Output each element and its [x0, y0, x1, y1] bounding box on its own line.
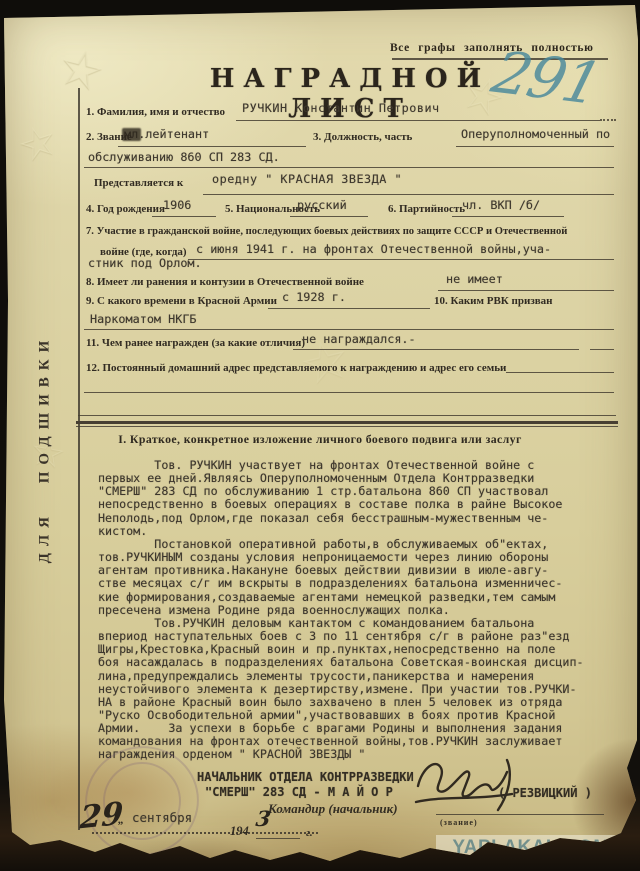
- field-4-value: 1906: [163, 198, 191, 212]
- scanned-award-document: { "colors": { "paper":"#d8ce9c", "ink":"…: [0, 0, 640, 871]
- section-heading: I. Краткое, конкретное изложение личного…: [80, 432, 560, 447]
- star-watermark-icon: ☆: [51, 35, 111, 104]
- field-9-value: с 1928 г.: [282, 290, 346, 304]
- field-1-label: 1. Фамилия, имя и отчество: [86, 106, 225, 118]
- field-10-underline: [84, 329, 614, 330]
- commander-signature-line: [436, 814, 604, 815]
- date-quote-mark: „: [118, 812, 124, 827]
- field-3-value-continuation: обслуживанию 860 СП 283 СД.: [88, 150, 280, 164]
- field-1-underline-dotted: [600, 113, 616, 121]
- field-1-value: РУЧКИН Константин Петрович: [242, 101, 440, 115]
- field-10-value: Наркоматом НКГБ: [90, 312, 197, 326]
- star-watermark-icon: ☆: [11, 113, 64, 174]
- date-dotted-line: [92, 826, 318, 834]
- field-8-underline: [438, 290, 614, 291]
- citation-body-text: Тов. РУЧКИН участвует на фронтах Отечест…: [98, 459, 584, 762]
- year-suffix: г.: [306, 827, 313, 839]
- field-7-underline: [188, 259, 614, 260]
- field-7-value-continuation: стник под Орлом.: [88, 256, 202, 270]
- field-3-underline: [456, 146, 614, 147]
- row-separator-line: [84, 167, 614, 168]
- photo-watermark-text: YAPLAKAL.COM: [452, 837, 609, 859]
- field-1-underline: [236, 120, 600, 121]
- rank-caption: (звание): [440, 818, 478, 827]
- typed-month: сентября: [132, 810, 192, 825]
- signatory-title-line1: НАЧАЛЬНИК ОТДЕЛА КОНТРРАЗВЕДКИ: [197, 770, 414, 784]
- field-5-underline: [290, 216, 368, 217]
- field-3-value: Оперуполномоченный по: [461, 127, 610, 141]
- field-11-label: 11. Чем ранее награжден (за какие отличи…: [86, 337, 305, 349]
- field-4-label: 4. Год рождения: [86, 203, 165, 215]
- year-underline: [256, 838, 300, 839]
- field-11-underline: [293, 349, 579, 350]
- field-6-label: 6. Партийность: [388, 203, 465, 215]
- presented-to-label: Представляется к: [94, 177, 183, 189]
- field-11-underline-tail: [590, 349, 614, 350]
- divider-thick-line: [76, 421, 618, 424]
- commander-label: Командир (начальник): [268, 801, 398, 817]
- divider-thin-line-2: [76, 426, 618, 427]
- presented-to-underline: [203, 194, 614, 195]
- field-5-value: русский: [297, 198, 347, 212]
- handwritten-page-number: 291: [486, 38, 608, 117]
- photo-watermark: YAPLAKAL.COM: [436, 835, 626, 860]
- field-4-underline: [152, 216, 216, 217]
- field-12-underline-short: [506, 372, 614, 373]
- presented-to-value: оредну " КРАСНАЯ ЗВЕЗДА ": [212, 172, 402, 186]
- field-8-label: 8. Имеет ли ранения и контузии в Отечест…: [86, 276, 364, 288]
- field-10-label: 10. Каким РВК призван: [434, 295, 553, 307]
- side-filing-text: ДЛЯ ПОДШИВКИ: [37, 289, 54, 609]
- field-9-underline: [268, 308, 430, 309]
- overtyped-smudge: [122, 128, 141, 141]
- signatory-title-line2: "СМЕРШ" 283 СД - М А Й О Р: [205, 785, 393, 799]
- field-7-value: с июня 1941 г. на фронтах Отечественной …: [196, 242, 551, 256]
- divider-thin-line: [78, 415, 616, 416]
- field-11-value: не награждался.-: [302, 332, 416, 346]
- field-3-label: 3. Должность, часть: [313, 131, 412, 143]
- handwritten-signature: [412, 752, 522, 814]
- field-6-underline: [452, 216, 564, 217]
- field-9-label: 9. С какого времени в Красной Армии: [86, 295, 277, 307]
- field-6-value: чл. ВКП /б/: [462, 198, 540, 212]
- aged-paper-sheet: ☆ ☆ ☆ ☆ ☆ ДЛЯ ПОДШИВКИ Все графы заполня…: [0, 0, 640, 871]
- field-12-label: 12. Постоянный домашний адрес представля…: [86, 362, 506, 374]
- field-12-blank-line: [84, 392, 614, 393]
- field-7-label-line1: 7. Участие в гражданской войне, последую…: [86, 226, 567, 237]
- printed-year: 194: [230, 824, 249, 839]
- field-8-value: не имеет: [446, 272, 503, 286]
- field-2-underline: [118, 146, 306, 147]
